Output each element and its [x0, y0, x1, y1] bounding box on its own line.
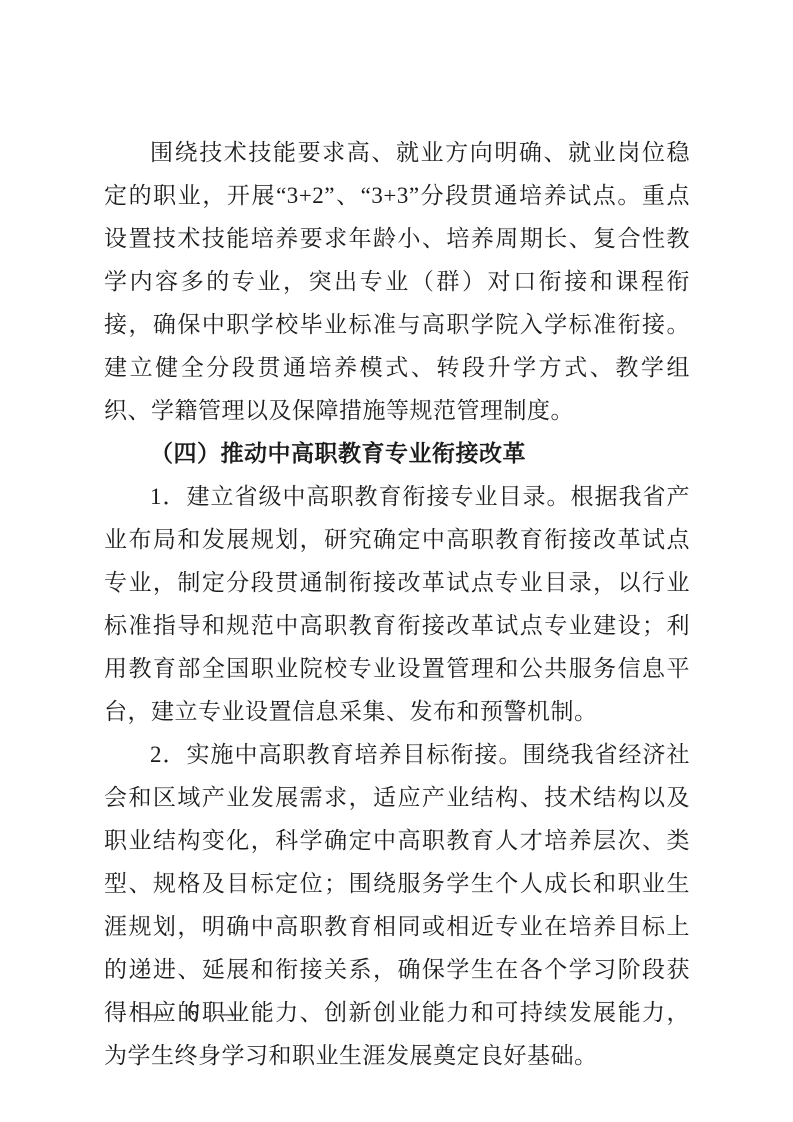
paragraph-item-1-catalog: 1．建立省级中高职教育衔接专业目录。根据我省产业布局和发展规划，研究确定中高职教… — [104, 475, 690, 733]
paragraph-segmented-training: 围绕技术技能要求高、就业方向明确、就业岗位稳定的职业，开展“3+2”、“3+3”… — [104, 131, 690, 432]
document-page: 围绕技术技能要求高、就业方向明确、就业岗位稳定的职业，开展“3+2”、“3+3”… — [0, 0, 793, 1122]
section-heading-4: （四）推动中高职教育专业衔接改革 — [104, 432, 690, 475]
page-number: — 6 — — [146, 999, 242, 1027]
document-body: 围绕技术技能要求高、就业方向明确、就业岗位稳定的职业，开展“3+2”、“3+3”… — [104, 131, 690, 1077]
